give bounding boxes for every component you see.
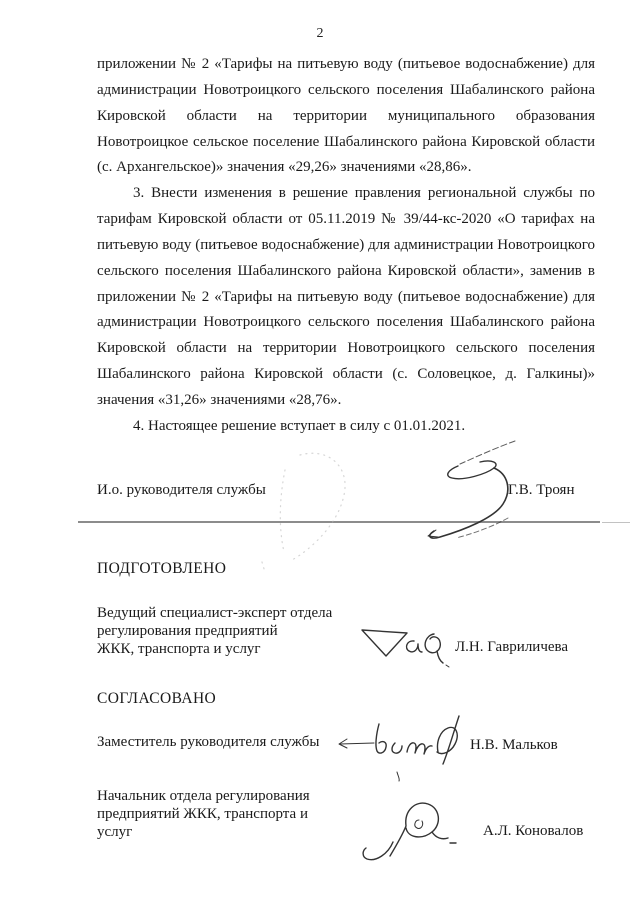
agreed2-title-line: предприятий ЖКК, транспорта и xyxy=(97,805,308,823)
malkov-signature-icon xyxy=(339,716,459,781)
body-line: администрации Новотроицкого сельского по… xyxy=(97,78,595,104)
head-signatory-name: Г.В. Троян xyxy=(508,481,574,499)
agreed2-title-line: услуг xyxy=(97,823,132,841)
body-line: питьевую воду (питьевое водоснабжение) д… xyxy=(97,233,595,259)
agreed1-title: Заместитель руководителя службы xyxy=(97,733,319,751)
agreed-heading: СОГЛАСОВАНО xyxy=(97,690,216,708)
document-body: приложении № 2 «Тарифы на питьевую воду … xyxy=(97,52,595,440)
body-line: 3. Внести изменения в решение правления … xyxy=(97,181,595,207)
signature-rule xyxy=(78,521,600,523)
konovalov-signature-icon xyxy=(363,803,456,860)
body-line: сельского поселения Шабалинского района … xyxy=(97,259,595,285)
body-line: администрации Новотроицкого сельского по… xyxy=(97,310,595,336)
agreed2-signatory-name: А.Л. Коновалов xyxy=(483,822,583,840)
body-line: приложении № 2 «Тарифы на питьевую воду … xyxy=(97,52,595,78)
gavrilicheva-signature-icon xyxy=(362,630,449,667)
head-signatory-title: И.о. руководителя службы xyxy=(97,481,266,499)
body-line: Кировской области на территории муниципа… xyxy=(97,104,595,130)
prepared-title-line: регулирования предприятий xyxy=(97,622,278,640)
body-line: 4. Настоящее решение вступает в силу с 0… xyxy=(97,414,595,440)
agreed1-signatory-name: Н.В. Мальков xyxy=(470,736,558,754)
prepared-title-line: Ведущий специалист-эксперт отдела xyxy=(97,604,332,622)
body-line: (с. Архангельское)» значения «29,26» зна… xyxy=(97,155,595,181)
agreed2-title-line: Начальник отдела регулирования xyxy=(97,787,310,805)
page-number: 2 xyxy=(0,26,640,42)
body-line: Шабалинского района Кировской области (с… xyxy=(97,362,595,388)
troyan-signature-icon xyxy=(262,441,515,573)
body-line: Кировской области на территории Новотрои… xyxy=(97,336,595,362)
body-line: приложении № 2 «Тарифы на питьевую воду … xyxy=(97,285,595,311)
prepared-signatory-name: Л.Н. Гавриличева xyxy=(455,638,568,656)
prepared-title-line: ЖКК, транспорта и услуг xyxy=(97,640,261,658)
body-line: значения «31,26» значениями «28,76». xyxy=(97,388,595,414)
body-line: тарифам Кировской области от 05.11.2019 … xyxy=(97,207,595,233)
prepared-heading: ПОДГОТОВЛЕНО xyxy=(97,560,226,578)
body-line: Новотроицкое сельское поселение Шабалинс… xyxy=(97,130,595,156)
signature-rule-tail xyxy=(602,522,630,523)
document-page: 2 приложении № 2 «Тарифы на питьевую вод… xyxy=(0,0,640,905)
